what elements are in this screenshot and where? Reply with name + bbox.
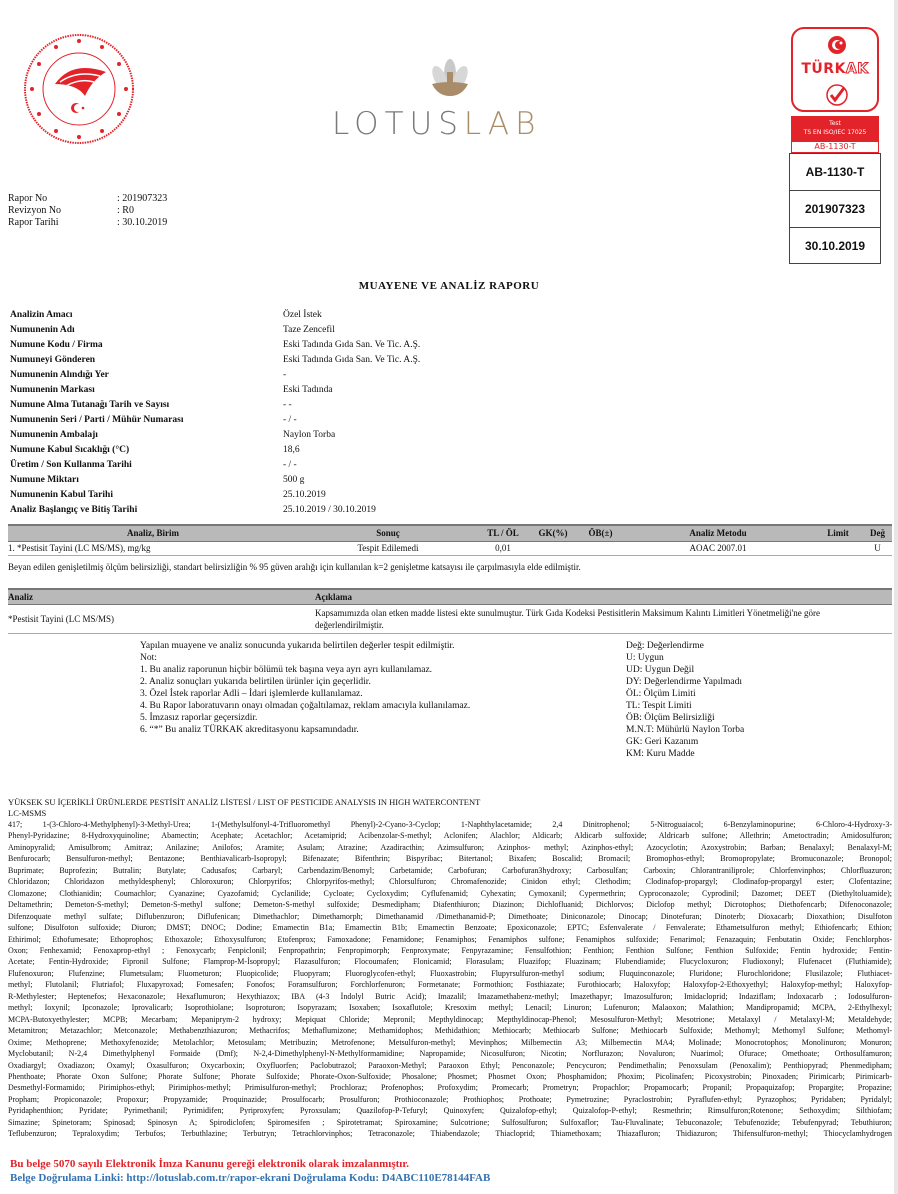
info-value: Özel İstek bbox=[283, 308, 530, 323]
cell-method: AOAC 2007.01 bbox=[623, 541, 813, 555]
info-value: - - bbox=[283, 398, 530, 413]
pesticide-line: Phenyl-Pyridazine; 8-Hydroxyquinoline; A… bbox=[8, 830, 892, 841]
cell-ob bbox=[578, 541, 623, 555]
pesticide-line: Aminopyralid; Amisulbrom; Amitraz; Anila… bbox=[8, 842, 892, 853]
info-label: Numunenin Markası bbox=[10, 383, 283, 398]
cell-explanation: Kapsamımızda olan etken madde listesi ek… bbox=[315, 604, 892, 633]
cell-limit bbox=[813, 541, 863, 555]
info-label: Numunenin Alındığı Yer bbox=[10, 368, 283, 383]
col-tl-ol: TL / ÖL bbox=[478, 525, 528, 541]
table-row: *Pestisit Tayini (LC MS/MS) Kapsamımızda… bbox=[8, 604, 892, 633]
meta-label: Rapor No bbox=[8, 193, 117, 205]
pesticide-line: methyl; Ioxynil; Ipconazole; Iprovalicar… bbox=[8, 1002, 892, 1013]
ministry-seal-icon bbox=[22, 32, 136, 146]
pesticide-line: Teflubenzuron; Tepraloxydim; Terbufos; T… bbox=[8, 1128, 892, 1139]
turkak-word-main: TÜRK bbox=[801, 61, 846, 77]
meta-value: : 30.10.2019 bbox=[117, 217, 167, 229]
info-row: Numune Alma Tutanağı Tarih ve Sayısı- - bbox=[10, 398, 530, 413]
info-value: Naylon Torba bbox=[283, 428, 530, 443]
turkak-band-test: Test bbox=[791, 119, 879, 128]
col-gk: GK(%) bbox=[528, 525, 578, 541]
info-label: Numune Kodu / Firma bbox=[10, 338, 283, 353]
pesticide-line: Oxon; Fenhexamid; Fenoxaprop-ethyl ; Fen… bbox=[8, 945, 892, 956]
lotuslab-logo: LOTUSLAB bbox=[310, 58, 590, 138]
id-box-date: 30.10.2019 bbox=[790, 228, 880, 265]
legend-item: U: Uygun bbox=[626, 652, 744, 664]
pesticide-line: methyl; Flutolanil; Flutriafol; Fluxapyr… bbox=[8, 979, 892, 990]
id-box-accreditation: AB-1130-T bbox=[790, 154, 880, 191]
col-limit: Limit bbox=[813, 525, 863, 541]
notes: Yapılan muayene ve analiz sonucunda yuka… bbox=[140, 640, 470, 736]
meta-label: Revizyon No bbox=[8, 205, 117, 217]
note-item: 2. Analiz sonuçları yukarıda belirtilen … bbox=[140, 676, 470, 688]
pesticide-line: Chloridazon; Chloridazon methyldesphenyl… bbox=[8, 876, 892, 887]
report-meta: Rapor No: 201907323 Revizyon No: R0 Rapo… bbox=[8, 193, 167, 229]
info-value: 25.10.2019 bbox=[283, 488, 530, 503]
cell-analysis: 1. *Pestisit Tayini (LC MS/MS), mg/kg bbox=[8, 541, 298, 555]
turkak-code: AB-1130-T bbox=[791, 141, 879, 153]
pesticide-list-method: LC-MSMS bbox=[8, 808, 480, 819]
turkak-word-accent: AK bbox=[846, 61, 869, 77]
info-label: Numunenin Kabul Tarihi bbox=[10, 488, 283, 503]
col-ob: ÖB(±) bbox=[578, 525, 623, 541]
info-row: Numune Miktarı500 g bbox=[10, 473, 530, 488]
turkak-badge: TÜRKAK bbox=[791, 27, 879, 112]
note-item: 1. Bu analiz raporunun hiçbir bölümü tek… bbox=[140, 664, 470, 676]
pesticide-line: Simazine; Spinetoram; Spinosad; Spinosyn… bbox=[8, 1117, 892, 1128]
pesticide-list-heading: YÜKSEK SU İÇERİKLİ ÜRÜNLERDE PESTİSİT AN… bbox=[8, 797, 480, 819]
page-edge bbox=[894, 0, 898, 1194]
cell-analysis: *Pestisit Tayini (LC MS/MS) bbox=[8, 604, 315, 633]
e-signature-note: Bu belge 5070 sayılı Elektronik İmza Kan… bbox=[10, 1157, 490, 1171]
pesticide-list: 417; 1-(3-Chloro-4-Methylphenyl)-3-Methy… bbox=[8, 819, 892, 1140]
pesticide-line: Pyridaphenthion; Pyridate; Pyrimethanil;… bbox=[8, 1105, 892, 1116]
info-label: Analiz Başlangıç ve Bitiş Tarihi bbox=[10, 503, 283, 518]
sample-info: Analizin AmacıÖzel İstekNumunenin AdıTaz… bbox=[10, 308, 530, 518]
logo-part-lab: LAB bbox=[464, 106, 542, 142]
info-value: Eski Tadında Gıda San. Ve Tic. A.Ş. bbox=[283, 353, 530, 368]
pesticide-list-title: YÜKSEK SU İÇERİKLİ ÜRÜNLERDE PESTİSİT AN… bbox=[8, 797, 480, 808]
info-row: Numunenin AdıTaze Zencefil bbox=[10, 323, 530, 338]
info-label: Üretim / Son Kullanma Tarihi bbox=[10, 458, 283, 473]
info-value: - / - bbox=[283, 458, 530, 473]
report-page: LOTUSLAB TÜRKAK Test TS EN ISO/IEC 17025… bbox=[0, 0, 898, 1194]
info-value: - / - bbox=[283, 413, 530, 428]
meta-label: Rapor Tarihi bbox=[8, 217, 117, 229]
info-row: Numune Kodu / FirmaEski Tadında Gıda San… bbox=[10, 338, 530, 353]
crescent-star-icon bbox=[827, 35, 847, 55]
pesticide-line: Desmethyl-Formamido; Pirimiphos-ethyl; P… bbox=[8, 1082, 892, 1093]
legend-item: DY: Değerlendirme Yapılmadı bbox=[626, 676, 744, 688]
info-label: Numunenin Ambalajı bbox=[10, 428, 283, 443]
info-label: Numunenin Seri / Parti / Mühür Numarası bbox=[10, 413, 283, 428]
checkmark-circle-icon bbox=[825, 83, 849, 107]
pesticide-line: Ethirimol; Ethofumesate; Ethoprophos; Et… bbox=[8, 934, 892, 945]
info-row: Analiz Başlangıç ve Bitiş Tarihi25.10.20… bbox=[10, 503, 530, 518]
info-value: 500 g bbox=[283, 473, 530, 488]
col-deg: Değ bbox=[863, 525, 892, 541]
info-row: Numune Kabul Sıcaklığı (°C)18,6 bbox=[10, 443, 530, 458]
info-row: Numunenin MarkasıEski Tadında bbox=[10, 383, 530, 398]
note-item: 6. “*” Bu analiz TÜRKAK akreditasyonu ka… bbox=[140, 724, 470, 736]
col-result: Sonuç bbox=[298, 525, 478, 541]
meta-value: : 201907323 bbox=[117, 193, 167, 205]
pesticide-line: Oxadiargyl; Oxadiazon; Oxamyl; Oxasulfur… bbox=[8, 1060, 892, 1071]
info-row: Numunenin Seri / Parti / Mühür Numarası-… bbox=[10, 413, 530, 428]
uncertainty-note: Beyan edilen genişletilmiş ölçüm belirsi… bbox=[8, 562, 581, 572]
report-title: MUAYENE VE ANALİZ RAPORU bbox=[0, 280, 898, 292]
col-explanation: Açıklama bbox=[315, 589, 892, 604]
turkak-band-standard: TS EN ISO/IEC 17025 bbox=[791, 128, 879, 137]
cell-tl-ol: 0,01 bbox=[478, 541, 528, 555]
turkak-wordmark: TÜRKAK bbox=[793, 61, 877, 77]
cell-gk bbox=[528, 541, 578, 555]
info-label: Numune Kabul Sıcaklığı (°C) bbox=[10, 443, 283, 458]
pesticide-line: Myclobutanil; N-2,4 Dimethylphenyl Forma… bbox=[8, 1048, 892, 1059]
info-label: Numuneyi Gönderen bbox=[10, 353, 283, 368]
pesticide-line: Propham; Propiconazole; Propoxur; Propyz… bbox=[8, 1094, 892, 1105]
note-item: 5. İmzasız raporlar geçersizdir. bbox=[140, 712, 470, 724]
notes-label: Not: bbox=[140, 652, 470, 664]
verification-link[interactable]: Belge Doğrulama Linki: http://lotuslab.c… bbox=[10, 1171, 490, 1185]
pesticide-line: Flufenoxuron; Flufenzine; Flumetsulam; F… bbox=[8, 968, 892, 979]
col-analysis: Analiz, Birim bbox=[8, 525, 298, 541]
pesticide-line: Clomazone; Clothianidin; Coumachlor; Cya… bbox=[8, 888, 892, 899]
info-row: Analizin AmacıÖzel İstek bbox=[10, 308, 530, 323]
pesticide-line: Metamitron; Metazachlor; Metconazole; Me… bbox=[8, 1025, 892, 1036]
pesticide-line: Buprimate; Buprofezin; Butralin; Butylat… bbox=[8, 865, 892, 876]
pesticide-line: sulfone; Disulfoton sulfoxide; Diuron; D… bbox=[8, 922, 892, 933]
id-box-report-no: 201907323 bbox=[790, 191, 880, 228]
info-row: Numuneyi GönderenEski Tadında Gıda San. … bbox=[10, 353, 530, 368]
info-value: - bbox=[283, 368, 530, 383]
legend-item: TL: Tespit Limiti bbox=[626, 700, 744, 712]
legend-item: UD: Uygun Değil bbox=[626, 664, 744, 676]
turkak-standard-band: Test TS EN ISO/IEC 17025 bbox=[791, 116, 879, 142]
logo-wordmark: LOTUSLAB bbox=[332, 106, 541, 142]
meta-value: : R0 bbox=[117, 205, 134, 217]
notes-intro: Yapılan muayene ve analiz sonucunda yuka… bbox=[140, 640, 470, 652]
legend-item: GK: Geri Kazanım bbox=[626, 736, 744, 748]
logo-part-lotus: LOTUS bbox=[332, 106, 464, 142]
info-row: Numunenin AmbalajıNaylon Torba bbox=[10, 428, 530, 443]
pesticide-line: Deltamethrin; Demeton-S-methyl; Demeton-… bbox=[8, 899, 892, 910]
info-value: Taze Zencefil bbox=[283, 323, 530, 338]
pesticide-line: Difenzoquate methyl sulfate; Diflubenzur… bbox=[8, 911, 892, 922]
cell-result: Tespit Edilemedi bbox=[298, 541, 478, 555]
legend-item: KM: Kuru Madde bbox=[626, 748, 744, 760]
abbreviation-legend: Değ: DeğerlendirmeU: UygunUD: Uygun Deği… bbox=[626, 640, 744, 760]
legend-item: ÖL: Ölçüm Limiti bbox=[626, 688, 744, 700]
info-value: Eski Tadında bbox=[283, 383, 530, 398]
footer: Bu belge 5070 sayılı Elektronik İmza Kan… bbox=[10, 1157, 490, 1185]
info-label: Numune Alma Tutanağı Tarih ve Sayısı bbox=[10, 398, 283, 413]
note-item: 4. Bu Rapor laboratuvarın onayı olmadan … bbox=[140, 700, 470, 712]
info-value: 25.10.2019 / 30.10.2019 bbox=[283, 503, 530, 518]
explanation-table: Analiz Açıklama *Pestisit Tayini (LC MS/… bbox=[8, 588, 892, 634]
pesticide-line: Benfurocarb; Bensulfuron-methyl; Bentazo… bbox=[8, 853, 892, 864]
info-label: Numunenin Adı bbox=[10, 323, 283, 338]
cell-deg: U bbox=[863, 541, 892, 555]
info-label: Analizin Amacı bbox=[10, 308, 283, 323]
report-id-box: AB-1130-T 201907323 30.10.2019 bbox=[789, 153, 881, 264]
col-analysis: Analiz bbox=[8, 589, 315, 604]
pesticide-line: 417; 1-(3-Chloro-4-Methylphenyl)-3-Methy… bbox=[8, 819, 892, 830]
info-row: Numunenin Kabul Tarihi25.10.2019 bbox=[10, 488, 530, 503]
pesticide-line: Phenthoate; Phorate Oxon Sulfone; Phorat… bbox=[8, 1071, 892, 1082]
info-label: Numune Miktarı bbox=[10, 473, 283, 488]
lotus-flower-icon bbox=[428, 58, 472, 98]
info-value: 18,6 bbox=[283, 443, 530, 458]
info-row: Numunenin Alındığı Yer- bbox=[10, 368, 530, 383]
legend-item: Değ: Değerlendirme bbox=[626, 640, 744, 652]
info-row: Üretim / Son Kullanma Tarihi- / - bbox=[10, 458, 530, 473]
table-row: 1. *Pestisit Tayini (LC MS/MS), mg/kg Te… bbox=[8, 541, 892, 555]
results-table: Analiz, Birim Sonuç TL / ÖL GK(%) ÖB(±) … bbox=[8, 524, 892, 556]
pesticide-line: MCPA-Butoxyethylester; MCPB; Mecarbam; M… bbox=[8, 1014, 892, 1025]
pesticide-line: Oxime; Methoprene; Methoxyfenozide; Meto… bbox=[8, 1037, 892, 1048]
legend-item: M.N.T: Mühürlü Naylon Torba bbox=[626, 724, 744, 736]
legend-item: ÖB: Ölçüm Belirsizliği bbox=[626, 712, 744, 724]
note-item: 3. Özel İstek raporlar Adli – İdari işle… bbox=[140, 688, 470, 700]
col-method: Analiz Metodu bbox=[623, 525, 813, 541]
pesticide-line: R-Methylester; Heptenefos; Hexaconazole;… bbox=[8, 991, 892, 1002]
pesticide-line: Acetate; Fentin-Hydroxide; Fipronil Sulf… bbox=[8, 956, 892, 967]
info-value: Eski Tadında Gıda San. Ve Tic. A.Ş. bbox=[283, 338, 530, 353]
